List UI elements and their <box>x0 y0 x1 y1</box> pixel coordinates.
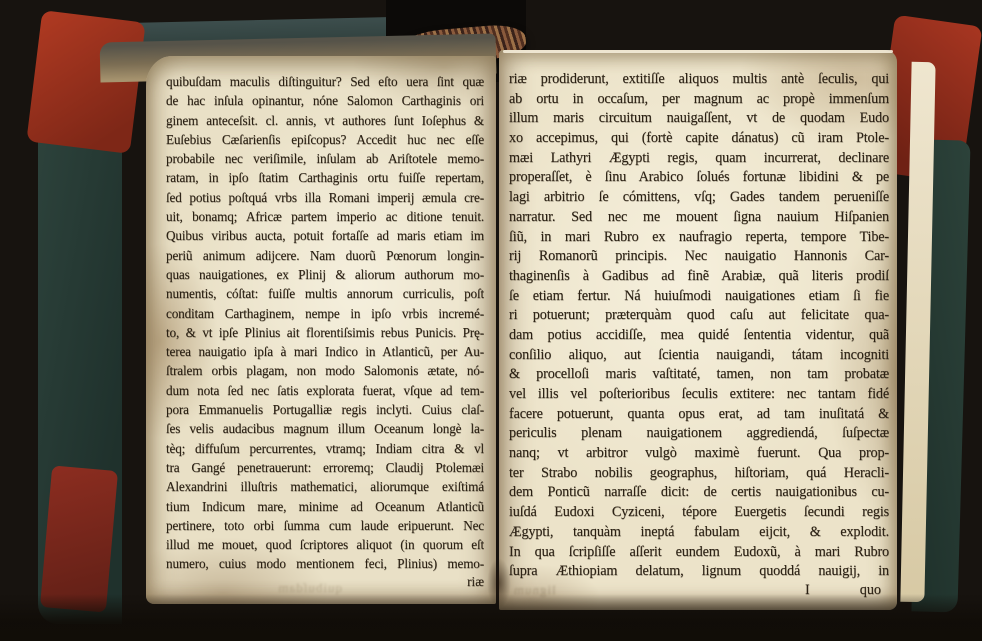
text-line: ginem anteceſsit. cl. annis, vt authores… <box>166 111 484 130</box>
left-page-text: quibuſdam maculis diſtinguitur? Sed eſto… <box>166 72 484 574</box>
text-line: ter Strabo nobilis geographus, hiſtoriam… <box>509 464 889 484</box>
text-line: rij Romanorũ principis. Nec nauigatio Ha… <box>509 247 889 267</box>
text-line: riæ prodiderunt, extitiſſe aliquos multi… <box>509 70 889 90</box>
text-line: vel illis vel poſterioribus ſeculis exti… <box>509 385 889 405</box>
text-line: ratam, in ipſo ſtatim Carthaginis ortu f… <box>166 168 484 187</box>
text-line: dem Ponticũ narraſſe dicit: de certis na… <box>509 483 889 503</box>
text-line: illum maris circuitum nauigaſſent, vt de… <box>509 109 889 129</box>
text-line: narratur. Sed nec me mouent ſigna nauium… <box>509 208 889 228</box>
text-line: facere potuerunt, quanta opus erat, ad t… <box>509 405 889 425</box>
text-line: & procelloſi maris vaſtitaté, tamen, non… <box>509 365 889 385</box>
text-line: mæi Lathyri Ægypti regis, quam incurrera… <box>509 149 889 169</box>
text-line: ſe etiam fertur. Ná huiuſmodi nauigation… <box>509 287 889 307</box>
text-line: periũ animum adijcere. Nam duorũ Pœnorum… <box>166 246 484 265</box>
right-page-text: riæ prodiderunt, extitiſſe aliquos multi… <box>509 70 889 582</box>
text-line: numero, cuius modo mentionem feci, Plini… <box>166 554 484 573</box>
text-line: properaſſet, è ſinu Arabico ſolués fortu… <box>509 168 889 188</box>
text-line: ri potuerunt; præterquàm quod caſu aut f… <box>509 306 889 326</box>
text-line: ſtralem orbis plagam, non modo Salomonis… <box>166 361 484 380</box>
text-line: tèq; diffuſum percurrentes, vtramq; Indi… <box>166 439 484 458</box>
text-line: thaginenſis à Gadibus ad finẽ Arabiæ, qu… <box>509 267 889 287</box>
text-line: ſupra Æthiopiam delatum, lignum quoddá n… <box>509 562 889 582</box>
text-line: Quibus viribus aucta, potuit fortaſſe ad… <box>166 226 484 245</box>
text-line: tium Indicum mare, minime ad Oceanum Atl… <box>166 497 484 516</box>
text-line: terea nauigatio ipſa à mari Indico in At… <box>166 342 484 361</box>
text-line: quas nauigationes, ex Plinij & aliorum a… <box>166 265 484 284</box>
text-line: ab ortu in occaſum, per magnum ac propè … <box>509 90 889 110</box>
text-line: numentis, cóſtat: fuiſſe multis annorum … <box>166 284 484 303</box>
text-line: ſed potius poſtquá vrbs illa Romani impe… <box>166 188 484 207</box>
text-line: probabile nec veriſimile, inſulam ab Ari… <box>166 149 484 168</box>
right-page: riæ prodiderunt, extitiſſe aliquos multi… <box>499 50 897 610</box>
text-line: ſes velis audacibus magnum illum Oceanum… <box>166 419 484 438</box>
text-line: Alexandrini illuſtris mathematici, alior… <box>166 477 484 496</box>
text-line: pora Emmanuelis Portugalliæ regis inclyt… <box>166 400 484 419</box>
left-page: quibuſdam maculis diſtinguitur? Sed eſto… <box>146 56 496 604</box>
text-line: illud me mouet, quod ſcriptores aliquot … <box>166 535 484 554</box>
text-line: to, & vt ipſe Plinius ait florentiſsimis… <box>166 323 484 342</box>
text-line: tra Gangé penetrauerunt: erroremq; Claud… <box>166 458 484 477</box>
bottom-shadow <box>0 594 982 641</box>
text-line: dam potius accidiſſe, mea quidé ſententi… <box>509 326 889 346</box>
text-line: pertinere, toto orbi ſumma cum laude eri… <box>166 516 484 535</box>
text-line: iuſdá Eudoxi Cyziceni, tépore Euergetis … <box>509 503 889 523</box>
book-photograph: quibuſdam maculis diſtinguitur? Sed eſto… <box>0 0 982 641</box>
text-line: uit, bonamq; Africæ partem imperio ac di… <box>166 207 484 226</box>
text-line: ſiũ, in mari Rubro ex naufragio reperta,… <box>509 228 889 248</box>
text-line: dum nota ſed nec ſatis explorata fuerat,… <box>166 381 484 400</box>
text-line: periculis plenam nauigationem aggrediend… <box>509 424 889 444</box>
text-line: de hac inſula opinantur, nóne Salomon Ca… <box>166 91 484 110</box>
text-line: lagi arbitrio ſe cómittens, vſq; Gades t… <box>509 188 889 208</box>
text-line: xo accepimus, qui (fortè capite dánatus)… <box>509 129 889 149</box>
text-line: conditam Carthaginem, nempe in ipſo vrbi… <box>166 304 484 323</box>
text-line: Euſebius Cæſarienſis epiſcopus? Accedit … <box>166 130 484 149</box>
text-line: quibuſdam maculis diſtinguitur? Sed eſto… <box>166 72 484 91</box>
text-line: Ægypti, tanquàm ineptá fabulam eijcit, &… <box>509 523 889 543</box>
text-line: In qua ſcripſiſſe aſſerit eundem Eudoxũ,… <box>509 543 889 563</box>
text-line: nanq; vt arbitror vulgò maximè fuerunt. … <box>509 444 889 464</box>
text-line: conſilio aliquo, aut ſcientia nauigandi,… <box>509 346 889 366</box>
